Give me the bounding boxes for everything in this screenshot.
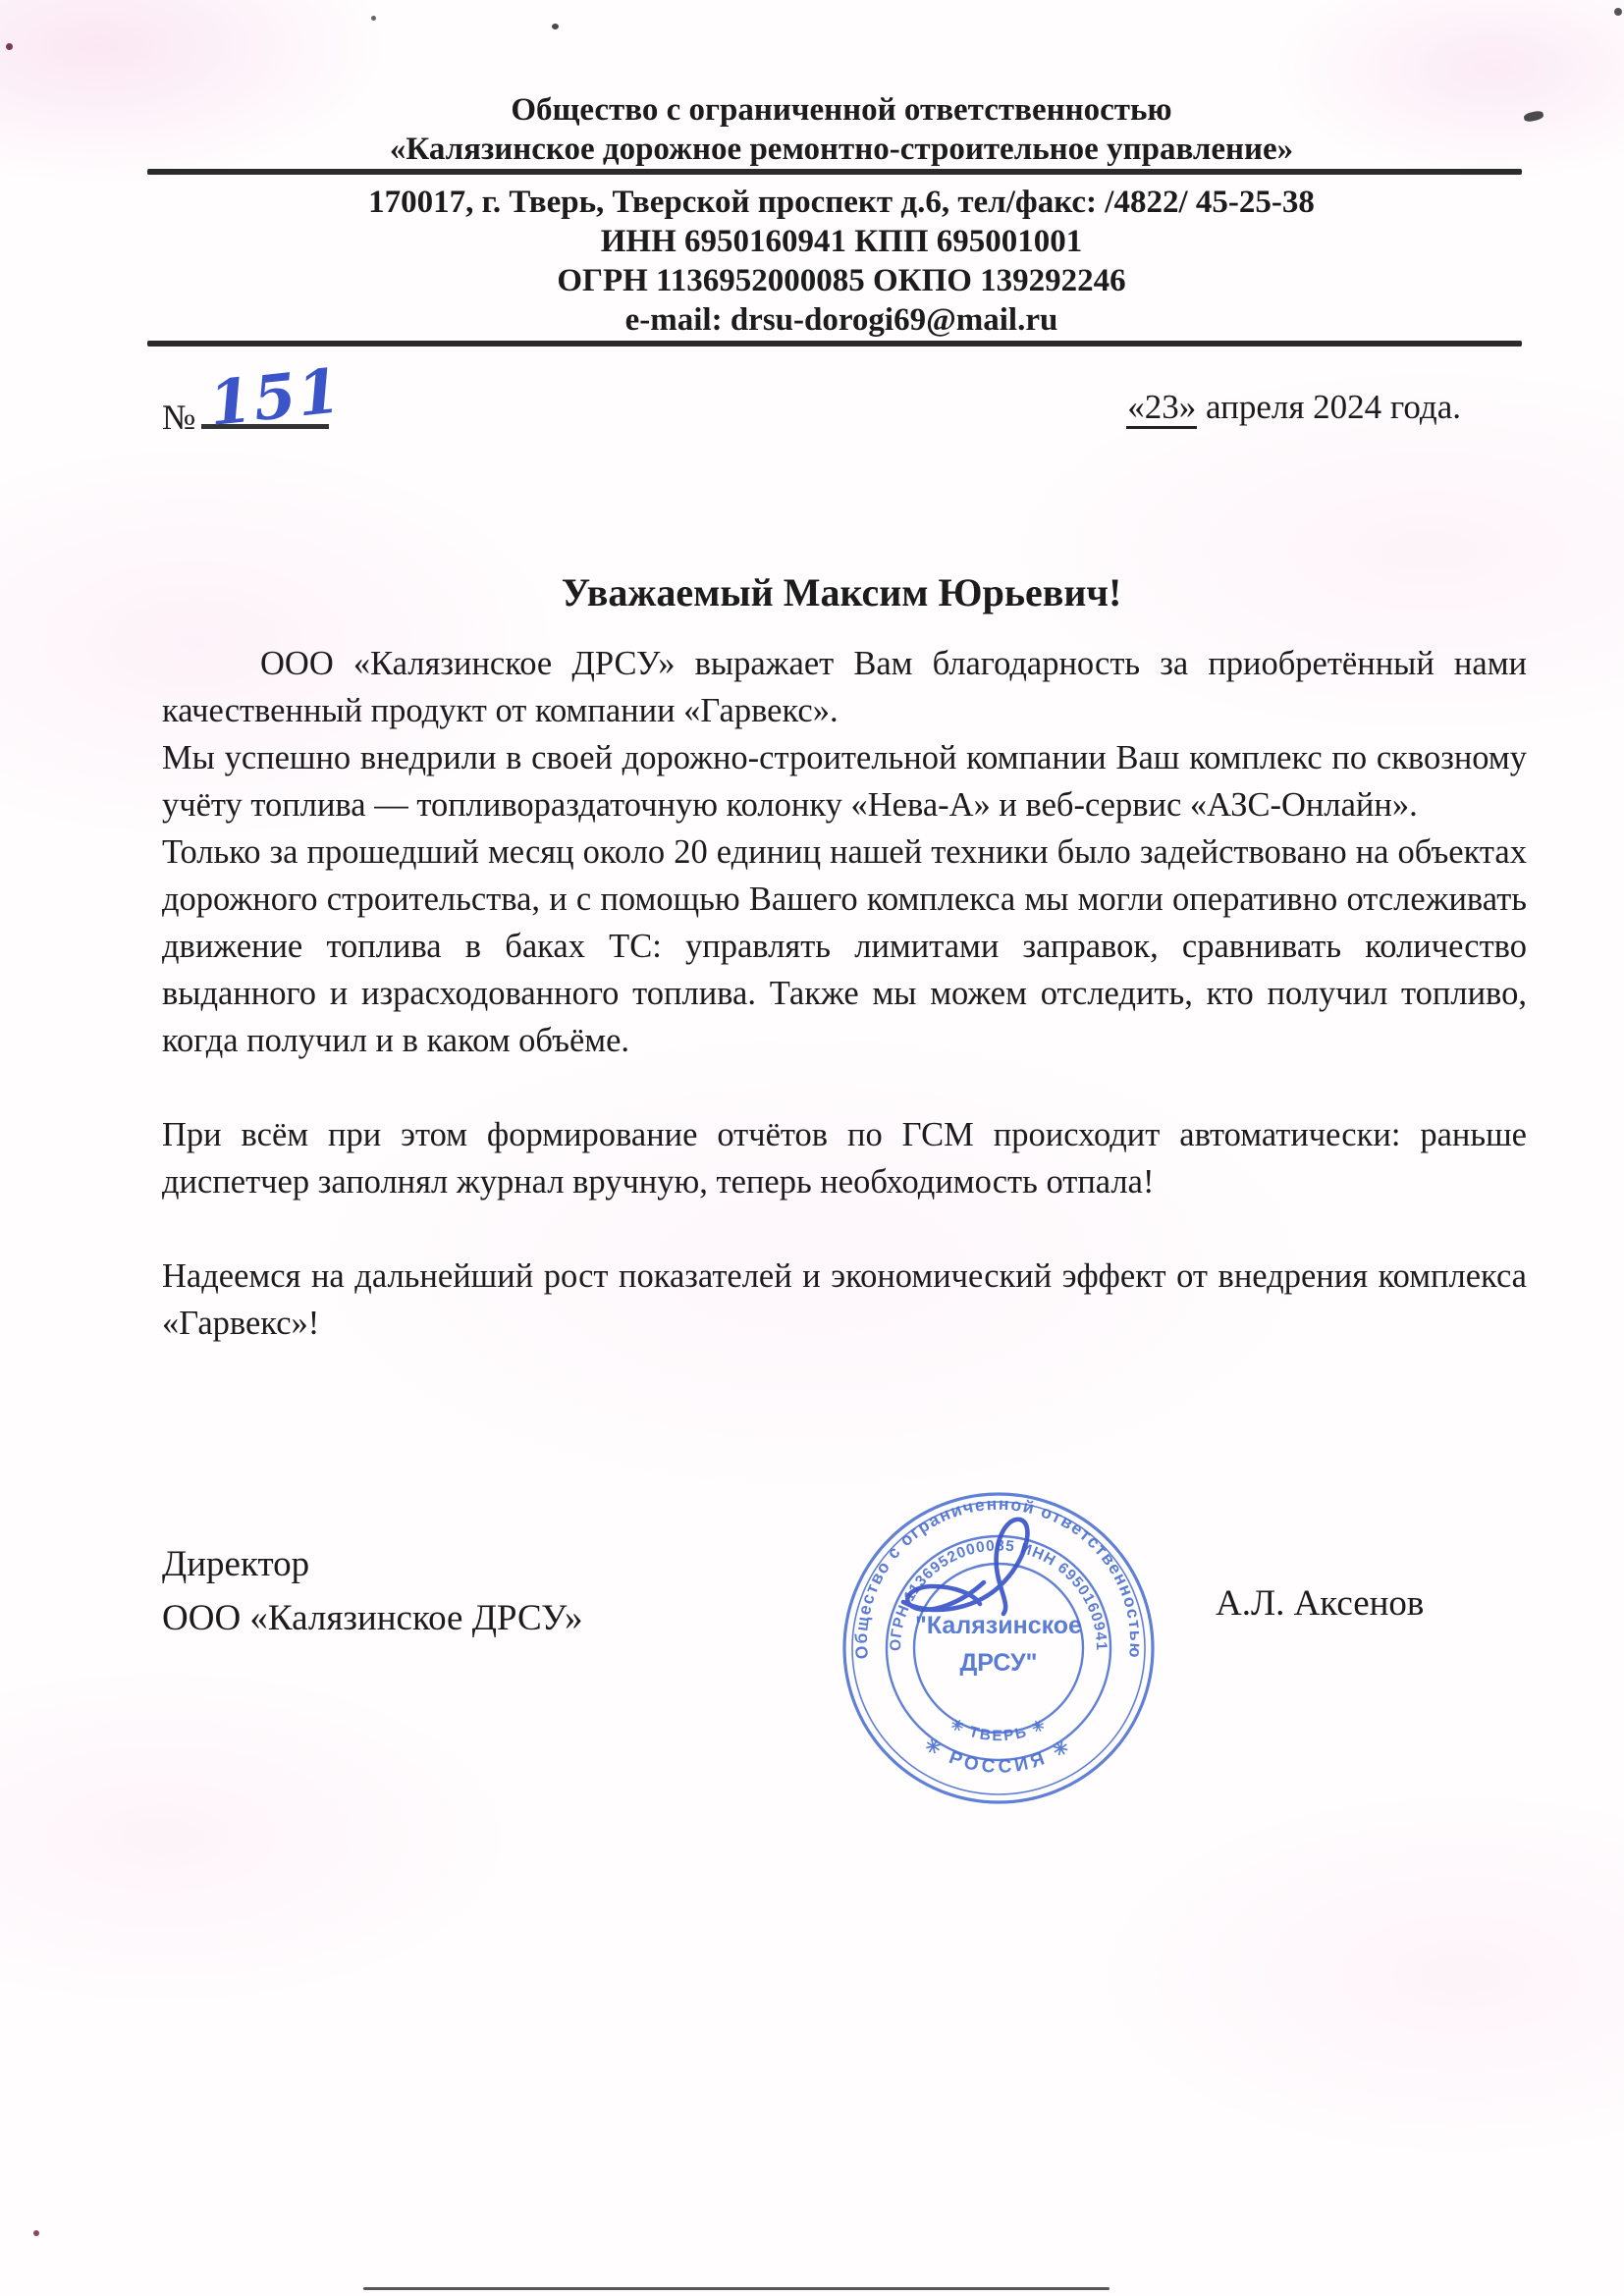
- scan-line: [363, 2287, 1110, 2290]
- scan-speck: [371, 16, 376, 21]
- org-type-line: Общество с ограниченной ответственностью: [157, 90, 1526, 130]
- signature-title-block: Директор ООО «Калязинское ДРСУ»: [162, 1537, 583, 1645]
- date-rest: апреля 2024 года.: [1197, 388, 1461, 426]
- scanned-letter-page: Общество с ограниченной ответственностью…: [0, 0, 1624, 2296]
- inn-kpp-line: ИНН 6950160941 КПП 695001001: [157, 222, 1526, 261]
- salutation: Уважаемый Максим Юрьевич!: [157, 569, 1526, 615]
- body-paragraph-5: Надеемся на дальнейший рост показателей …: [162, 1253, 1527, 1347]
- signature-org: ООО «Калязинское ДРСУ»: [162, 1591, 583, 1645]
- stamp-center-name-line2: ДРСУ": [960, 1649, 1038, 1677]
- date-block: «23» апреля 2024 года.: [1126, 388, 1461, 427]
- scan-smudge: [1523, 110, 1543, 123]
- body-paragraph-4: При всём при этом формирование отчётов п…: [162, 1111, 1527, 1205]
- scan-speck: [6, 43, 13, 50]
- signature-title: Директор: [162, 1537, 583, 1591]
- stamp-center-name-line1: "Калязинское: [915, 1612, 1082, 1639]
- letterhead: Общество с ограниченной ответственностью…: [157, 90, 1526, 169]
- letter-body: ООО «Калязинское ДРСУ» выражает Вам благ…: [162, 640, 1527, 1347]
- stamp-city-text: ✳ ТВЕРЬ ✳: [947, 1716, 1050, 1744]
- date-day: «23»: [1126, 388, 1197, 429]
- address-line: 170017, г. Тверь, Тверской проспект д.6,…: [157, 183, 1526, 222]
- signature-name: А.Л. Аксенов: [1216, 1582, 1424, 1625]
- scan-speck: [1614, 8, 1622, 16]
- svg-text:✳ ТВЕРЬ ✳: ✳ ТВЕРЬ ✳: [947, 1716, 1050, 1744]
- handwritten-number: 151: [206, 354, 346, 440]
- scan-speck: [552, 24, 559, 29]
- stamp-svg: Общество с ограниченной ответственностью…: [835, 1484, 1163, 1812]
- letterhead-details: 170017, г. Тверь, Тверской проспект д.6,…: [157, 183, 1526, 340]
- letterhead-rule-top: [147, 169, 1522, 175]
- body-paragraph-3: Только за прошедший месяц около 20 едини…: [162, 828, 1527, 1064]
- org-name-line: «Калязинское дорожное ремонтно-строитель…: [157, 130, 1526, 169]
- reference-number-block: №151: [162, 379, 329, 438]
- body-paragraph-1: ООО «Калязинское ДРСУ» выражает Вам благ…: [162, 640, 1527, 734]
- scan-speck: [33, 2230, 39, 2236]
- number-underline: 151: [201, 379, 329, 429]
- letterhead-rule-bottom: [147, 341, 1522, 347]
- company-stamp: Общество с ограниченной ответственностью…: [835, 1484, 1163, 1812]
- body-paragraph-2: Мы успешно внедрили в своей дорожно-стро…: [162, 734, 1527, 828]
- number-sign: №: [162, 398, 195, 437]
- email-line: e-mail: drsu-dorogi69@mail.ru: [157, 300, 1526, 340]
- ogrn-okpo-line: ОГРН 1136952000085 ОКПО 139292246: [157, 261, 1526, 300]
